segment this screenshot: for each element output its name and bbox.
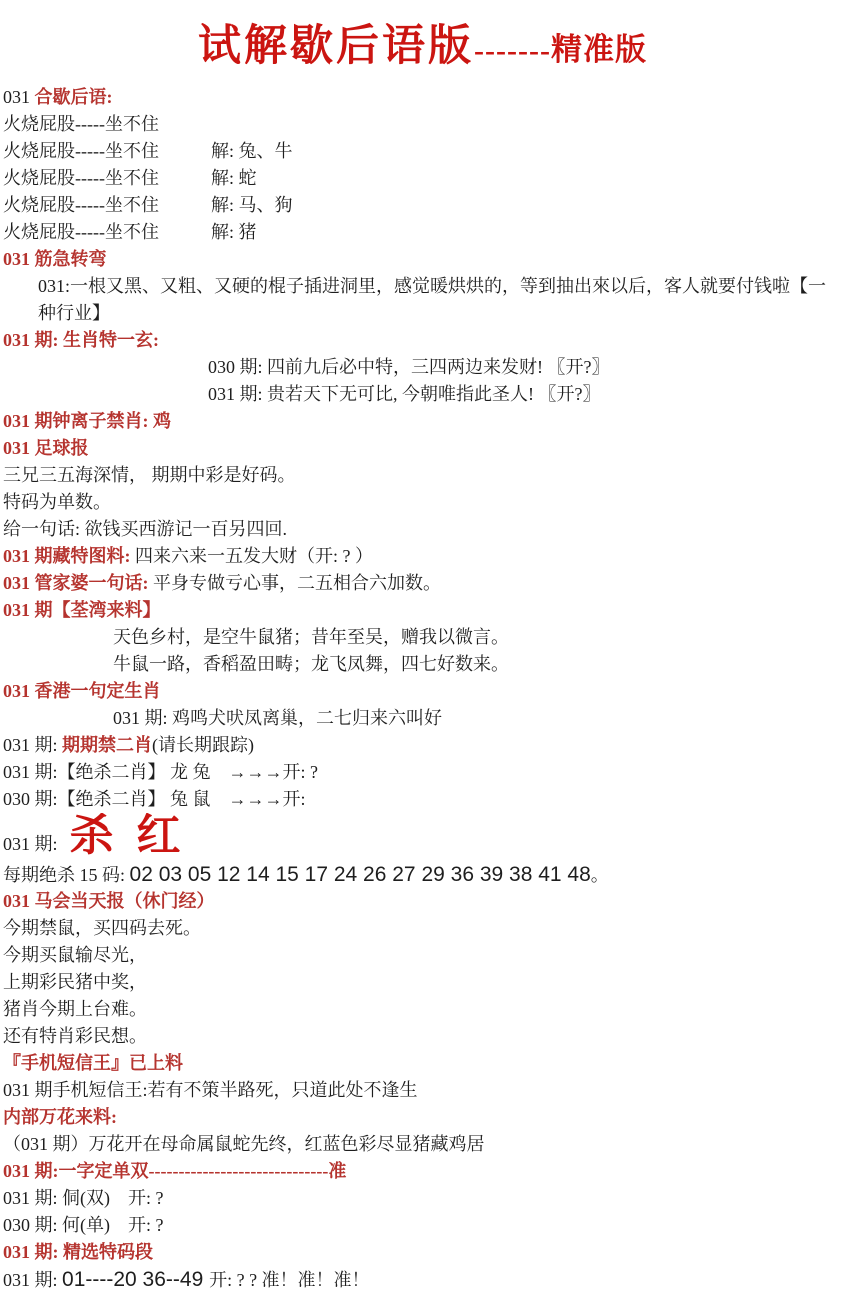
text-segment: 解: 猪 — [211, 222, 257, 242]
text-line: 031 合歇后语: — [3, 84, 845, 111]
text-line: 『手机短信王』已上料 — [3, 1050, 845, 1077]
text-segment: 031 马会当天报（休门经） — [3, 891, 215, 911]
text-segment: 杀 红 — [70, 813, 187, 860]
text-line: 031 马会当天报（休门经） — [3, 888, 845, 915]
text-line: 031 期:一字定单双-----------------------------… — [3, 1158, 845, 1185]
text-line: （031 期）万花开在母命属鼠蛇先终，红蓝色彩尽显猪藏鸡居 — [3, 1131, 845, 1158]
text-segment: 031 管家婆一句话: — [3, 573, 149, 593]
text-segment: 030 期: 四前九后必中特，三四两边来发财! 〖开?〗 — [208, 357, 609, 377]
document-page: 试解歇后语版-------精准版 031 合歇后语:火烧屁股-----坐不住火烧… — [0, 0, 845, 1292]
text-segment: 火烧屁股-----坐不住 — [3, 114, 159, 134]
text-segment: 。 — [591, 865, 609, 885]
text-segment: 还有特肖彩民想。 — [3, 1026, 147, 1046]
text-line: 天色乡村，是空牛鼠猪；昔年至吴，赠我以微言。 — [3, 624, 845, 651]
text-segment: 今期买鼠输尽光， — [3, 945, 147, 965]
text-line: 031 期: 01----20 36--49 开: ? ? 准！准！准！ — [3, 1266, 845, 1292]
text-line: 031 管家婆一句话: 平身专做亏心事，二五相合六加数。 — [3, 570, 845, 597]
text-segment: 猪肖今期上台难。 — [3, 999, 147, 1019]
text-line: 031 足球报 — [3, 435, 845, 462]
text-segment: (请长期跟踪) — [152, 735, 254, 755]
text-line: 火烧屁股-----坐不住 — [3, 111, 845, 138]
text-segment: 上期彩民猪中奖， — [3, 972, 147, 992]
text-segment: 天色乡村，是空牛鼠猪；昔年至吴，赠我以微言。 — [113, 627, 509, 647]
text-segment: 031 筋急转弯 — [3, 249, 107, 269]
text-segment: 031 香港一句定生肖 — [3, 681, 161, 701]
title-main: 试解歇后语版 — [198, 23, 474, 70]
text-segment: 今期禁鼠，买四码去死。 — [3, 918, 201, 938]
text-segment: 02 03 05 12 14 15 17 24 26 27 29 36 39 3… — [130, 863, 591, 886]
text-segment: 解: 蛇 — [211, 168, 257, 188]
text-segment: 031 期手机短信王:若有不策半路死，只道此处不逢生 — [3, 1080, 418, 1100]
text-line: 031 期【荃湾来料】 — [3, 597, 845, 624]
text-segment: 合歇后语: — [35, 87, 113, 107]
text-segment: 031 期: 侗(双) 开: ? — [3, 1188, 163, 1208]
text-line: 给一句话: 欲钱买西游记一百另四回. — [3, 516, 845, 543]
text-segment: 火烧屁股-----坐不住 — [3, 141, 159, 161]
text-line: 031 期: 期期禁二肖(请长期跟踪) — [3, 732, 845, 759]
text-segment: 解: 兔、牛 — [211, 141, 293, 161]
text-line: 031 香港一句定生肖 — [3, 678, 845, 705]
text-line: 今期禁鼠，买四码去死。 — [3, 915, 845, 942]
text-segment: 期期禁二肖 — [62, 735, 152, 755]
text-segment: 031 期:【绝杀二肖】 龙 兔 →→→开: ? — [3, 762, 318, 782]
text-line: 031 期藏特图料: 四来六来一五发大财（开: ? ） — [3, 543, 845, 570]
text-line: 031 期: 鸡鸣犬吠凤离巢，二七归来六叫好 — [3, 705, 845, 732]
text-line: 031 筋急转弯 — [3, 246, 845, 273]
text-segment: 031 期:一字定单双-----------------------------… — [3, 1161, 346, 1181]
text-line: 牛鼠一路，香稻盈田畴；龙飞凤舞，四七好数来。 — [3, 651, 845, 678]
text-segment: 031 期: — [3, 834, 58, 854]
text-segment: 牛鼠一路，香稻盈田畴；龙飞凤舞，四七好数来。 — [113, 654, 509, 674]
text-segment: 特码为单数。 — [3, 492, 111, 512]
text-segment: 开: ? ? 准！准！准！ — [209, 1270, 369, 1290]
text-segment: 031 期: 贵若天下无可比, 今朝唯指此圣人! 〖开?〗 — [208, 384, 600, 404]
text-segment: 给一句话: 欲钱买西游记一百另四回. — [3, 519, 287, 539]
text-line: 火烧屁股-----坐不住解: 蛇 — [3, 165, 845, 192]
text-segment: 031:一根又黑、又粗、又硬的棍子插进洞里，感觉暖烘烘的，等到抽出來以后，客人就… — [38, 276, 826, 296]
text-line: 还有特肖彩民想。 — [3, 1023, 845, 1050]
document-lines: 031 合歇后语:火烧屁股-----坐不住火烧屁股-----坐不住解: 兔、牛火… — [0, 84, 845, 1292]
text-segment: 火烧屁股-----坐不住 — [3, 222, 159, 242]
text-segment: 031 期: 生肖特一玄: — [3, 330, 159, 350]
text-line: 030 期:【绝杀二肖】 兔 鼠 →→→开: — [3, 786, 845, 813]
text-line: 内部万花来料: — [3, 1104, 845, 1131]
text-segment: 031 足球报 — [3, 438, 89, 458]
text-line: 每期绝杀 15 码: 02 03 05 12 14 15 17 24 26 27… — [3, 861, 845, 888]
text-line: 031 期: 精选特码段 — [3, 1239, 845, 1266]
text-segment: 火烧屁股-----坐不住 — [3, 168, 159, 188]
title-suffix: 精准版 — [551, 32, 647, 67]
text-line: 031 期: 贵若天下无可比, 今朝唯指此圣人! 〖开?〗 — [3, 381, 845, 408]
text-segment: 030 期: 何(单) 开: ? — [3, 1215, 163, 1235]
text-segment: 030 期:【绝杀二肖】 兔 鼠 →→→开: — [3, 789, 306, 809]
text-segment: 火烧屁股-----坐不住 — [3, 195, 159, 215]
text-line: 031 期: 生肖特一玄: — [3, 327, 845, 354]
text-line: 030 期: 四前九后必中特，三四两边来发财! 〖开?〗 — [3, 354, 845, 381]
text-segment: 『手机短信王』已上料 — [3, 1053, 183, 1073]
page-title: 试解歇后语版-------精准版 — [0, 0, 845, 84]
text-segment: 031 期: 鸡鸣犬吠凤离巢，二七归来六叫好 — [113, 708, 442, 728]
text-segment: 031 期: — [3, 735, 62, 755]
text-segment: 内部万花来料: — [3, 1107, 117, 1127]
text-segment: 四来六来一五发大财（开: ? ） — [131, 546, 374, 566]
text-line: 031 期钟离子禁肖: 鸡 — [3, 408, 845, 435]
text-line: 031 期:【绝杀二肖】 龙 兔 →→→开: ? — [3, 759, 845, 786]
text-line: 火烧屁股-----坐不住解: 兔、牛 — [3, 138, 845, 165]
text-segment: 031 期钟离子禁肖: 鸡 — [3, 411, 171, 431]
text-line: 三兄三五海深情， 期期中彩是好码。 — [3, 462, 845, 489]
text-segment: 01----20 36--49 — [62, 1268, 209, 1291]
title-dashes: ------- — [474, 34, 551, 67]
text-segment: 031 期: 精选特码段 — [3, 1242, 153, 1262]
text-line: 特码为单数。 — [3, 489, 845, 516]
text-segment: 平身专做亏心事，二五相合六加数。 — [149, 573, 442, 593]
text-line: 031 期手机短信王:若有不策半路死，只道此处不逢生 — [3, 1077, 845, 1104]
text-line: 031:一根又黑、又粗、又硬的棍子插进洞里，感觉暖烘烘的，等到抽出來以后，客人就… — [3, 273, 845, 300]
text-line: 030 期: 何(单) 开: ? — [3, 1212, 845, 1239]
text-line: 031 期:杀 红 — [3, 813, 845, 861]
text-segment: 031 期藏特图料: — [3, 546, 131, 566]
text-line: 种行业】 — [3, 300, 845, 327]
text-line: 猪肖今期上台难。 — [3, 996, 845, 1023]
text-line: 火烧屁股-----坐不住解: 猪 — [3, 219, 845, 246]
text-segment: 031 — [3, 87, 35, 107]
text-line: 今期买鼠输尽光， — [3, 942, 845, 969]
text-segment: 解: 马、狗 — [211, 195, 293, 215]
text-line: 火烧屁股-----坐不住解: 马、狗 — [3, 192, 845, 219]
text-line: 031 期: 侗(双) 开: ? — [3, 1185, 845, 1212]
text-line: 上期彩民猪中奖， — [3, 969, 845, 996]
text-segment: 三兄三五海深情， 期期中彩是好码。 — [3, 465, 296, 485]
text-segment: （031 期）万花开在母命属鼠蛇先终，红蓝色彩尽显猪藏鸡居 — [3, 1134, 485, 1154]
text-segment: 每期绝杀 15 码: — [3, 865, 130, 885]
text-segment: 031 期【荃湾来料】 — [3, 600, 161, 620]
text-segment: 031 期: — [3, 1270, 62, 1290]
text-segment: 种行业】 — [38, 303, 110, 323]
